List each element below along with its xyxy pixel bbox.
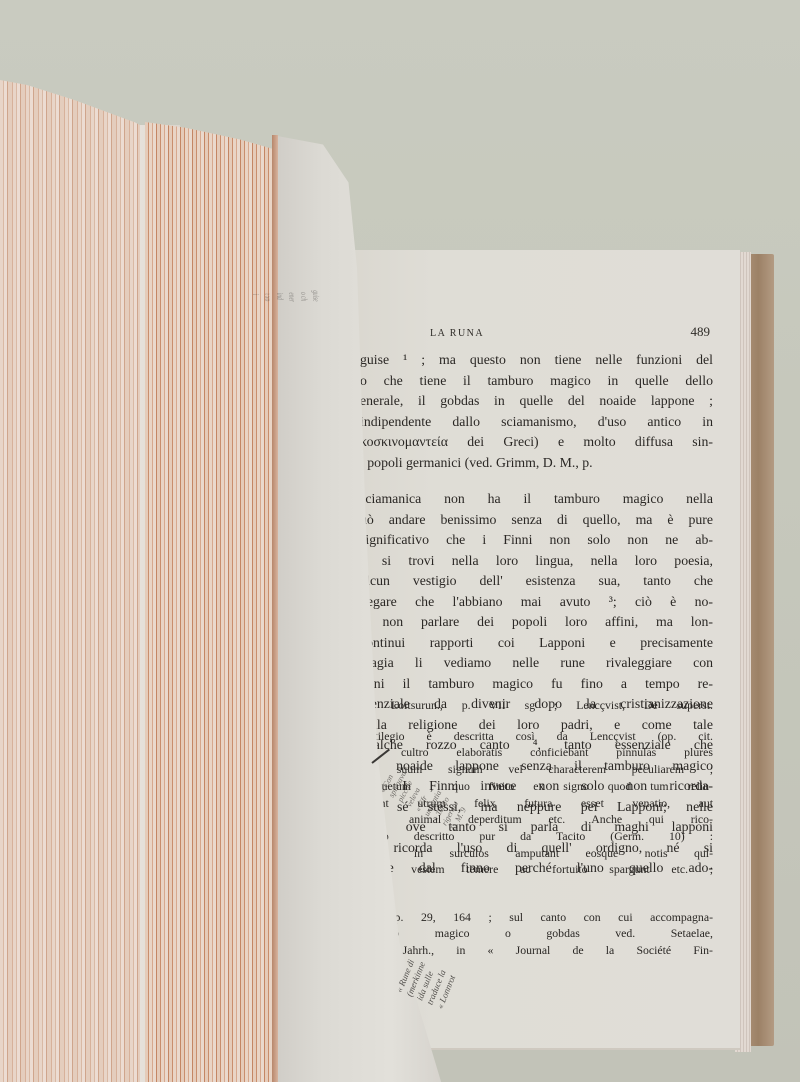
text-line: r si trovi nella loro lingua, nella loro… — [360, 551, 713, 572]
text-line: magia li vediamo nelle rune rivaleggiare… — [360, 653, 713, 674]
text-line: poni il tamburo magico fu fino a tempo r… — [360, 674, 713, 695]
footnote-line: sortilegio è descritta così da Lencçvist… — [360, 728, 713, 745]
footnote-line: ot, Loitsurun., p. VII sg ; Lencçvist, D… — [360, 697, 713, 714]
middle-page-stack — [145, 122, 280, 1082]
text-line: negare che l'abbiano mai avuto ³; ciò è … — [360, 592, 713, 613]
text-line: guise ¹ ; ma questo non tiene nelle funz… — [360, 350, 713, 371]
text-line: i popoli germanici (ved. Grimm, D. M., p… — [360, 453, 713, 474]
footnote-line: 'Iten Jahrh., in « Journal de la Société… — [360, 942, 713, 959]
page-header: LA RUNA 489 — [430, 324, 710, 340]
footnote-line: tamburo magico o gobdas ved. Setaelae, — [360, 925, 713, 942]
footnote-line: eis cultro elaboratis conficiebant pinnu… — [360, 744, 713, 761]
text-line: continui rapporti coi Lapponi e precisam… — [360, 633, 713, 654]
book-photo: LA RUNA 489 guise ¹ ; ma questo non tien… — [0, 0, 800, 1082]
footnote-line: cisam in surculos amputant eosque notis … — [360, 845, 713, 862]
footnote-line: foret animal deperditum etc. Anche qui r… — [360, 811, 713, 828]
running-head: LA RUNA — [430, 328, 484, 339]
footnotes: ot, Loitsurun., p. VII sg ; Lencçvist, D… — [360, 697, 713, 976]
book-cover-edge — [748, 254, 774, 1046]
text-line: enerale, il gobdas in quelle del noaide … — [360, 391, 713, 412]
page-number: 489 — [691, 324, 711, 340]
text-line: alcun vestigio dell' esistenza sua, tant… — [360, 571, 713, 592]
footnote-line: antico descritto pur da Tacito (Germ. 10… — [360, 828, 713, 845]
footnote-line: pen p. 29, 164 ; sul canto con cui accom… — [360, 909, 713, 926]
text-line: sciamanica non ha il tamburo magico nell… — [360, 489, 713, 510]
footnote-line: g. — [360, 878, 713, 895]
curled-page-shadow — [272, 135, 278, 1082]
text-line: κοσκινομαντεία dei Greci) e molto diffus… — [360, 432, 713, 453]
text-line: indipendente dallo sciamanismo, d'uso an… — [360, 412, 713, 433]
text-line: uò andare benissimo senza di quello, ma … — [360, 510, 713, 531]
text-line: o che tiene il tamburo magico in quelle … — [360, 371, 713, 392]
left-page-stack — [0, 80, 150, 1082]
text-line: r non parlare dei popoli loro affini, ma… — [360, 612, 713, 633]
footnote-line: lis suum signum vel characterem peculiar… — [360, 761, 713, 778]
footnote-line: didam vestem temere ac fortuito spargunt… — [360, 861, 713, 878]
text-line: significativo che i Finni non solo non n… — [360, 530, 713, 551]
